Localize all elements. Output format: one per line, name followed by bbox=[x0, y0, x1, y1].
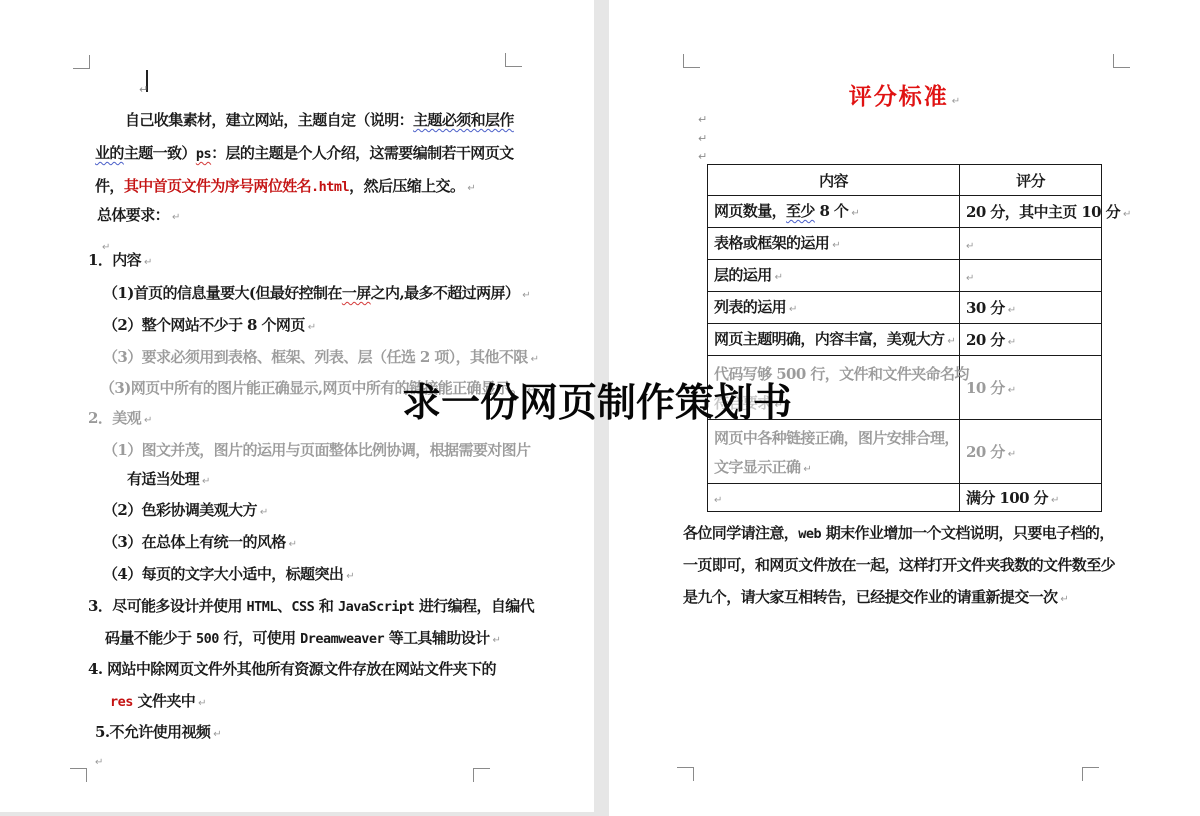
table-cell-content bbox=[708, 484, 960, 512]
table-row: 网页数量，至少 8 个20 分，其中主页 10 分 bbox=[708, 196, 1102, 228]
text-segment: 等工具辅助设计 bbox=[384, 629, 489, 647]
text-line: 码量不能少于 500 行，可使用 Dreamweaver 等工具辅助设计 bbox=[105, 628, 501, 648]
table-cell-content: 网页中各种链接正确，图片安排合理，文字显示正确 bbox=[708, 420, 960, 484]
text-segment: 文件夹中 bbox=[133, 692, 195, 710]
table-cell-score bbox=[960, 228, 1102, 260]
text-segment: 至少 bbox=[786, 202, 815, 220]
table-row: 列表的运用30 分 bbox=[708, 292, 1102, 324]
text-line bbox=[92, 750, 103, 770]
page-bottom-gap bbox=[0, 812, 594, 816]
text-line: （4）每页的文字大小适中，标题突出 bbox=[103, 564, 355, 584]
text-segment: 网页主题明确，内容丰富，美观大方 bbox=[714, 330, 944, 348]
margin-mark-left-page-top-right bbox=[505, 53, 522, 67]
margin-mark-left-page-bottom-right bbox=[473, 768, 490, 782]
text-segment: res bbox=[110, 694, 133, 710]
text-segment: （3）要求必须用到表格、框架、列表、层（任选 2 项），其他不限 bbox=[103, 348, 528, 366]
scoring-table: 内容 评分 网页数量，至少 8 个20 分，其中主页 10 分表格或框架的运用层… bbox=[707, 164, 1102, 512]
table-header-row: 内容 评分 bbox=[708, 165, 1102, 196]
text-segment: 5.不允许使用视频 bbox=[95, 723, 210, 741]
text-segment: 列表的运用 bbox=[714, 298, 786, 316]
text-segment: （2）色彩协调美观大方 bbox=[103, 501, 257, 519]
text-segment: 一页即可，和网页文件放在一起，这样打开文件夹我数的文件数至少 bbox=[683, 556, 1115, 574]
text-segment: 500 bbox=[196, 631, 219, 647]
text-line: 自己收集素材，建立网站，主题自定（说明：主题必须和层作 bbox=[125, 110, 514, 130]
table-row: 网页中各种链接正确，图片安排合理，文字显示正确20 分 bbox=[708, 420, 1102, 484]
table-cell-content: 列表的运用 bbox=[708, 292, 960, 324]
text-line: 件，其中首页文件为序号两位姓名.html，然后压缩上交。 bbox=[95, 176, 476, 196]
table-cell-score: 满分 100 分 bbox=[960, 484, 1102, 512]
scoring-title-row: 评分标准 bbox=[609, 78, 1200, 111]
text-line: （2）整个网站不少于 8 个网页 bbox=[103, 315, 316, 335]
table-cell-score: 10 分 bbox=[960, 356, 1102, 420]
table-cell-line: 网页主题明确，内容丰富，美观大方 bbox=[714, 325, 953, 354]
text-segment: 层的运用 bbox=[714, 266, 772, 284]
text-segment: 3．尽可能多设计并使用 bbox=[88, 597, 246, 615]
table-cell-line: 网页数量，至少 8 个 bbox=[714, 197, 953, 226]
text-line: 是九个，请大家互相转告，已经提交作业的请重新提交一次 bbox=[683, 587, 1069, 607]
text-line: 4. 网站中除网页文件外其他所有资源文件存放在网站文件夹下的 bbox=[88, 659, 496, 679]
table-cell-content: 层的运用 bbox=[708, 260, 960, 292]
text-segment: 一屏 bbox=[342, 284, 371, 302]
text-segment: ：层的主题是个人介绍，这需要编制若干网页文 bbox=[211, 144, 513, 162]
margin-mark-left-page-top-left bbox=[73, 55, 90, 69]
table-row: 层的运用 bbox=[708, 260, 1102, 292]
table-row: 表格或框架的运用 bbox=[708, 228, 1102, 260]
text-segment: web bbox=[798, 526, 821, 542]
text-line: （2）色彩协调美观大方 bbox=[103, 500, 268, 520]
text-segment: 2．美观 bbox=[88, 409, 141, 427]
text-segment: 网页中各种链接正确，图片安排合理， bbox=[714, 429, 959, 447]
text-segment: 自己收集素材，建立网站，主题自定（说明： bbox=[125, 111, 413, 129]
pilcrow-mark: ↵ bbox=[698, 151, 707, 162]
text-segment: 主题必须和层作 bbox=[413, 111, 514, 129]
margin-mark-right-page-bottom-left bbox=[677, 767, 694, 781]
text-segment: 进行编程，自编代 bbox=[414, 597, 534, 615]
text-line: 各位同学请注意，web 期末作业增加一个文档说明，只要电子档的， bbox=[683, 523, 1114, 543]
text-line: 3．尽可能多设计并使用 HTML、CSS 和 JavaScript 进行编程，自… bbox=[88, 596, 534, 616]
text-line: 有适当处理 bbox=[127, 469, 210, 489]
text-segment: 代码写够 500 行，文件和文件夹命名均 bbox=[714, 365, 969, 383]
table-cell-score: 20 分 bbox=[960, 420, 1102, 484]
table-header-content: 内容 bbox=[708, 165, 960, 196]
text-line: 1．内容 bbox=[88, 250, 152, 270]
text-segment: 主题一致） bbox=[124, 144, 196, 162]
text-line: （1）图文并茂，图片的运用与页面整体比例协调，根据需要对图片 bbox=[103, 440, 530, 460]
table-cell-content: 网页数量，至少 8 个 bbox=[708, 196, 960, 228]
text-segment: 之内,最多不超过两屏） bbox=[371, 284, 520, 302]
table-row: 网页主题明确，内容丰富，美观大方20 分 bbox=[708, 324, 1102, 356]
text-line: （3）要求必须用到表格、框架、列表、层（任选 2 项），其他不限 bbox=[103, 347, 539, 367]
margin-mark-right-page-top-right bbox=[1113, 54, 1130, 68]
text-line: （1)首页的信息量要大(但最好控制在一屏之内,最多不超过两屏） bbox=[103, 283, 531, 303]
text-segment: （1)首页的信息量要大(但最好控制在 bbox=[103, 284, 342, 302]
table-header-score: 评分 bbox=[960, 165, 1102, 196]
text-segment: 件， bbox=[95, 177, 124, 195]
text-segment: （1）图文并茂，图片的运用与页面整体比例协调，根据需要对图片 bbox=[103, 441, 530, 459]
text-segment: 总体要求： bbox=[97, 206, 169, 224]
text-segment: （4）每页的文字大小适中，标题突出 bbox=[103, 565, 343, 583]
text-segment: 业的 bbox=[95, 144, 124, 162]
pilcrow-mark: ↵ bbox=[698, 114, 707, 125]
text-segment: 是九个，请大家互相转告，已经提交作业的请重新提交一次 bbox=[683, 588, 1057, 606]
table-cell-content: 网页主题明确，内容丰富，美观大方 bbox=[708, 324, 960, 356]
text-line: 总体要求： bbox=[97, 205, 180, 225]
table-cell-score: 20 分，其中主页 10 分 bbox=[960, 196, 1102, 228]
text-segment: 表格或框架的运用 bbox=[714, 234, 829, 252]
text-segment: 期末作业增加一个文档说明，只要电子档的， bbox=[821, 524, 1114, 542]
text-line: 2．美观 bbox=[88, 408, 152, 428]
text-line: （3）在总体上有统一的风格 bbox=[103, 532, 297, 552]
table-cell-line: 文字显示正确 bbox=[714, 453, 953, 482]
text-segment: （3）在总体上有统一的风格 bbox=[103, 533, 286, 551]
text-segment: CSS bbox=[291, 599, 314, 615]
watermark-title: 求一份网页制作策划书 bbox=[402, 384, 792, 423]
text-line: res 文件夹中 bbox=[110, 691, 207, 711]
text-segment: ps bbox=[196, 146, 211, 162]
table-cell-content: 表格或框架的运用 bbox=[708, 228, 960, 260]
pilcrow-mark: ↵ bbox=[698, 133, 707, 144]
text-segment: 其中首页文件为序号两位姓名 bbox=[124, 177, 311, 195]
document-canvas: 自己收集素材，建立网站，主题自定（说明：主题必须和层作业的主题一致）ps：层的主… bbox=[0, 0, 1200, 816]
table-cell-line: 网页中各种链接正确，图片安排合理， bbox=[714, 422, 953, 453]
text-segment: 有适当处理 bbox=[127, 470, 199, 488]
text-segment: 8 个 bbox=[815, 202, 848, 220]
text-segment: 码量不能少于 bbox=[105, 629, 196, 647]
text-segment: HTML bbox=[246, 599, 277, 615]
text-segment: 、 bbox=[277, 597, 291, 615]
margin-mark-right-page-top-left bbox=[683, 54, 700, 68]
text-segment: JavaScript bbox=[338, 599, 414, 615]
text-segment: 4. 网站中除网页文件外其他所有资源文件存放在网站文件夹下的 bbox=[88, 660, 496, 678]
text-segment: 网页数量， bbox=[714, 202, 786, 220]
text-segment: （2）整个网站不少于 8 个网页 bbox=[103, 316, 305, 334]
table-cell-line: 列表的运用 bbox=[714, 293, 953, 322]
pilcrow-mark: ↵ bbox=[139, 84, 148, 95]
text-segment: ，然后压缩上交。 bbox=[349, 177, 464, 195]
scoring-title: 评分标准 bbox=[849, 78, 960, 111]
margin-mark-left-page-bottom-left bbox=[70, 768, 87, 782]
text-segment: .html bbox=[311, 179, 349, 195]
table-cell-line: 表格或框架的运用 bbox=[714, 229, 953, 258]
text-segment: 和 bbox=[314, 597, 338, 615]
table-cell-line: 层的运用 bbox=[714, 261, 953, 290]
text-segment: 各位同学请注意， bbox=[683, 524, 798, 542]
text-line: 一页即可，和网页文件放在一起，这样打开文件夹我数的文件数至少 bbox=[683, 555, 1115, 575]
table-cell-score bbox=[960, 260, 1102, 292]
table-cell-score: 20 分 bbox=[960, 324, 1102, 356]
text-line: 5.不允许使用视频 bbox=[95, 722, 222, 742]
text-segment: 文字显示正确 bbox=[714, 458, 800, 476]
margin-mark-right-page-bottom-right bbox=[1082, 767, 1099, 781]
text-segment: 行，可使用 bbox=[219, 629, 300, 647]
text-segment: Dreamweaver bbox=[300, 631, 384, 647]
text-line: 业的主题一致）ps：层的主题是个人介绍，这需要编制若干网页文 bbox=[95, 143, 514, 163]
text-segment: 1．内容 bbox=[88, 251, 141, 269]
table-cell-score: 30 分 bbox=[960, 292, 1102, 324]
table-row: 满分 100 分 bbox=[708, 484, 1102, 512]
